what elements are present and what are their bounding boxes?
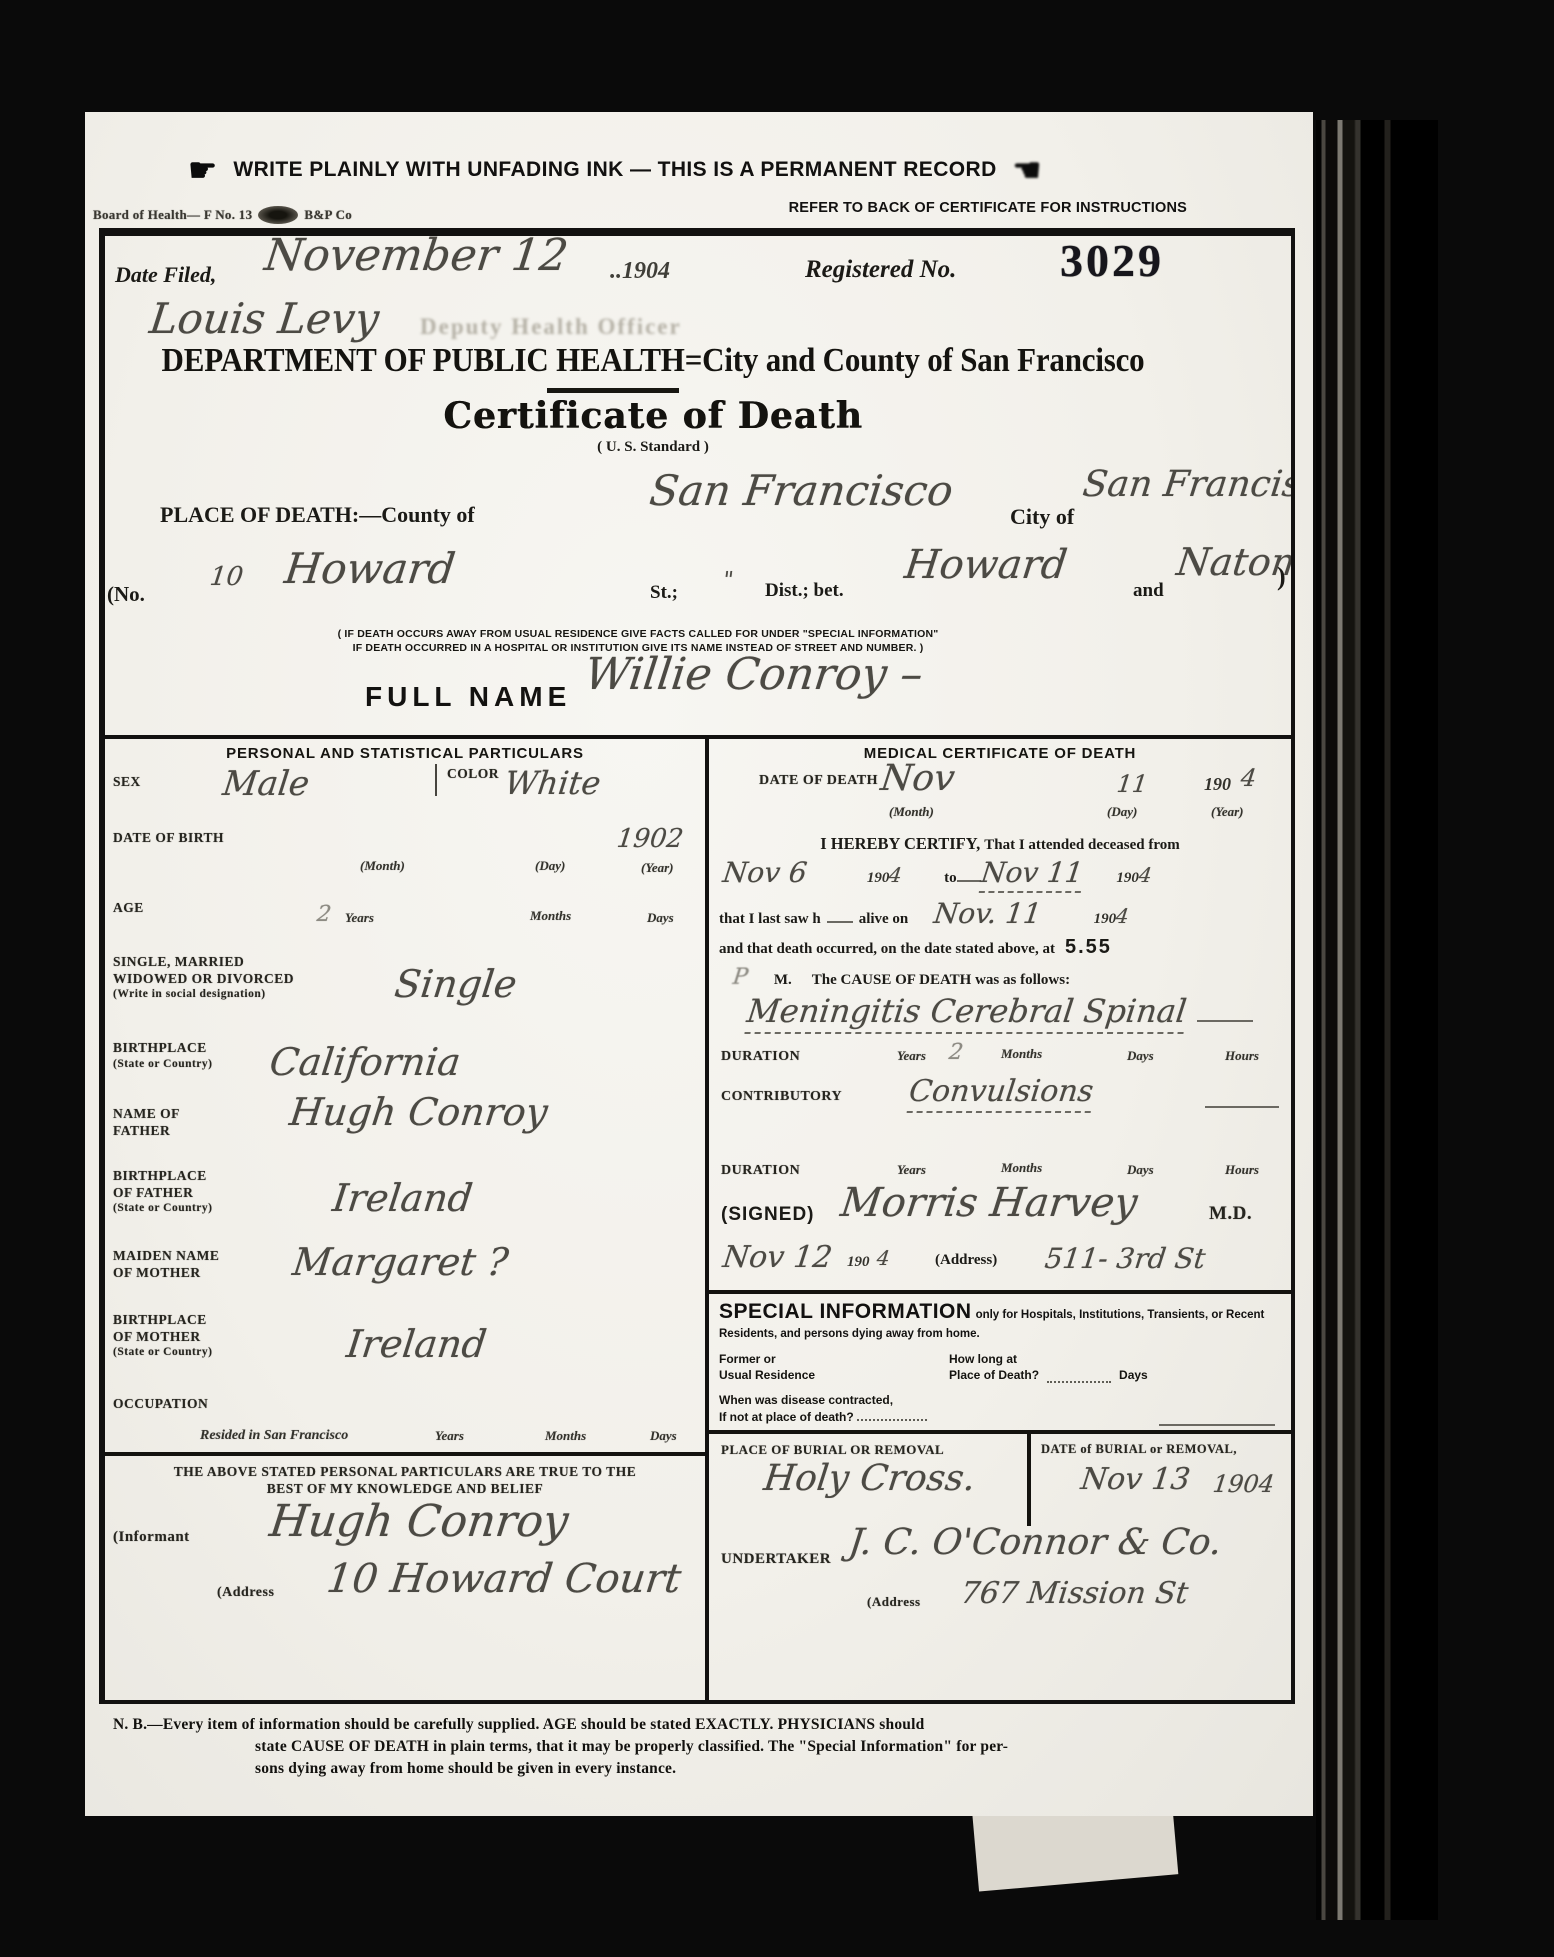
contributory-label: CONTRIBUTORY bbox=[721, 1088, 842, 1105]
undertaker-label: UNDERTAKER bbox=[721, 1550, 831, 1568]
footer-note-line2: state CAUSE OF DEATH in plain terms, tha… bbox=[113, 1736, 1093, 1758]
attended-to-year-prefix: 190 bbox=[1116, 870, 1139, 887]
mother-birthplace-label-line3: (State or Country) bbox=[113, 1345, 213, 1359]
signed-year-prefix: 190 bbox=[847, 1254, 870, 1271]
place-of-death-label: PLACE OF DEATH:—County of bbox=[160, 502, 475, 528]
place-of-death-row: PLACE OF DEATH:—County of San Francisco … bbox=[105, 462, 1291, 554]
ink-notice-line: ☛ WRITE PLAINLY WITH UNFADING INK — THIS… bbox=[85, 158, 1145, 182]
marital-status-row: SINGLE, MARRIED WIDOWED OR DIVORCED (Wri… bbox=[105, 946, 705, 1032]
date-filed-label: Date Filed, bbox=[115, 262, 216, 288]
father-birthplace-row: BIRTHPLACE OF FATHER (State or Country) … bbox=[105, 1162, 705, 1240]
resided-row: Resided in San Francisco Years Months Da… bbox=[105, 1424, 705, 1452]
birthplace-value: California bbox=[267, 1040, 463, 1084]
occupation-label: OCCUPATION bbox=[113, 1396, 208, 1412]
color-label: COLOR bbox=[447, 766, 499, 782]
marital-value: Single bbox=[392, 962, 519, 1006]
duration-months-label: Months bbox=[1001, 1046, 1042, 1062]
last-saw-label-a: that I last saw h bbox=[719, 911, 821, 928]
father-birthplace-label-line3: (State or Country) bbox=[113, 1201, 213, 1215]
burial-place-value: Holy Cross. bbox=[761, 1458, 977, 1499]
mother-birthplace-row: BIRTHPLACE OF MOTHER (State or Country) … bbox=[105, 1306, 705, 1386]
full-name-value: Willie Conroy – bbox=[582, 649, 926, 700]
personal-section-title: PERSONAL AND STATISTICAL PARTICULARS bbox=[105, 745, 705, 762]
date-of-death-label: DATE OF DEATH bbox=[759, 772, 878, 789]
death-month-label: (Month) bbox=[889, 804, 934, 820]
burial-date-cell: DATE of BURIAL or REMOVAL, Nov 13 1904 bbox=[1027, 1434, 1291, 1526]
age-days-label: Days bbox=[647, 910, 674, 926]
marital-label-line1: SINGLE, MARRIED bbox=[113, 954, 294, 970]
how-long-fill bbox=[1047, 1371, 1111, 1383]
md-label: M.D. bbox=[1209, 1202, 1252, 1225]
father-birthplace-value: Ireland bbox=[330, 1176, 475, 1220]
street-no-label: (No. bbox=[107, 582, 145, 607]
signed-address-label: (Address) bbox=[935, 1252, 997, 1269]
duration-label: DURATION bbox=[721, 1048, 800, 1065]
attestation-line1: THE ABOVE STATED PERSONAL PARTICULARS AR… bbox=[105, 1464, 705, 1480]
father-birthplace-label-line2: OF FATHER bbox=[113, 1185, 213, 1201]
certificate-title: Certificate of Death bbox=[105, 395, 1291, 437]
mother-birthplace-value: Ireland bbox=[344, 1322, 489, 1366]
age-years-label: Years bbox=[345, 910, 374, 926]
death-year-digit: 4 bbox=[1239, 764, 1258, 792]
age-row: AGE 2 Years Months Days bbox=[105, 888, 705, 946]
date-of-death-row: DATE OF DEATH Nov (Month) 11 (Day) 190 4… bbox=[709, 762, 1291, 830]
death-day-value: 11 bbox=[1115, 770, 1149, 798]
age-years-value: 2 bbox=[315, 902, 332, 927]
resided-months-label: Months bbox=[545, 1428, 586, 1444]
disease-contracted-label-line2: If not at place of death? bbox=[719, 1410, 854, 1424]
death-day-label: (Day) bbox=[1107, 804, 1137, 820]
last-saw-label-b: alive on bbox=[859, 911, 909, 928]
ditto-mark: " bbox=[721, 568, 734, 593]
last-saw-year-prefix: 190 bbox=[1094, 911, 1117, 928]
burial-date-year: 1904 bbox=[1211, 1470, 1276, 1498]
special-information-title: SPECIAL INFORMATION bbox=[719, 1300, 972, 1323]
certificate-box: Date Filed, November 12 ..1904 Registere… bbox=[99, 228, 1295, 1704]
undertaker-row: UNDERTAKER J. C. O'Connor & Co. (Address… bbox=[709, 1526, 1291, 1700]
street-name-value: Howard bbox=[282, 544, 458, 593]
signed-date-row: Nov 12 190 4 (Address) 511- 3rd St bbox=[709, 1244, 1291, 1290]
occupation-row: OCCUPATION bbox=[105, 1386, 705, 1424]
mother-birthplace-label-line1: BIRTHPLACE bbox=[113, 1312, 213, 1328]
duration2-hours-label: Hours bbox=[1225, 1162, 1259, 1178]
medical-column: MEDICAL CERTIFICATE OF DEATH DATE OF DEA… bbox=[705, 739, 1291, 1700]
date-of-birth-row: DATE OF BIRTH (Month) (Day) 1902 (Year) bbox=[105, 824, 705, 888]
age-months-label: Months bbox=[530, 908, 571, 924]
marital-label-line3: (Write in social designation) bbox=[113, 987, 294, 1001]
duration-hours-label: Hours bbox=[1225, 1048, 1259, 1064]
ink-notice-text: WRITE PLAINLY WITH UNFADING INK — THIS I… bbox=[233, 158, 996, 182]
signed-row: (SIGNED) Morris Harvey M.D. bbox=[709, 1188, 1291, 1244]
dob-year-value: 1902 bbox=[615, 824, 685, 854]
meridiem-label: M. bbox=[774, 972, 792, 989]
page-stack-edge bbox=[1316, 120, 1438, 1920]
street-row: (No. 10 Howard St.; " Dist.; bet. Howard… bbox=[105, 554, 1291, 630]
stamp-smudge bbox=[258, 206, 298, 224]
dob-label: DATE OF BIRTH bbox=[113, 830, 224, 846]
sex-color-row: SEX Male COLOR White bbox=[105, 762, 705, 824]
color-divider-tick bbox=[435, 764, 437, 796]
dob-month-label: (Month) bbox=[360, 858, 405, 874]
signed-label: (SIGNED) bbox=[721, 1204, 815, 1226]
sex-value: Male bbox=[221, 764, 312, 804]
former-residence-label-line2: Usual Residence bbox=[719, 1368, 949, 1384]
duration2-years-label: Years bbox=[897, 1162, 926, 1178]
refer-note: REFER TO BACK OF CERTIFICATE FOR INSTRUC… bbox=[789, 200, 1187, 216]
special-fill-line bbox=[1159, 1414, 1275, 1426]
county-value: San Francisco bbox=[647, 466, 956, 515]
city-label: City of bbox=[1010, 504, 1074, 530]
father-name-row: NAME OF FATHER Hugh Conroy bbox=[105, 1098, 705, 1162]
death-year-label: (Year) bbox=[1211, 804, 1244, 820]
duration2-label: DURATION bbox=[721, 1162, 800, 1179]
color-value: White bbox=[503, 764, 603, 802]
age-label: AGE bbox=[113, 900, 144, 916]
duration2-days-label: Days bbox=[1127, 1162, 1154, 1178]
resided-label: Resided in San Francisco bbox=[200, 1428, 348, 1444]
form-number-text: Board of Health— F No. 13 bbox=[93, 207, 252, 223]
attestation-section: THE ABOVE STATED PERSONAL PARTICULARS AR… bbox=[105, 1452, 705, 1700]
death-month-value: Nov bbox=[878, 758, 957, 799]
informant-label: (Informant bbox=[113, 1528, 190, 1546]
contributory-value: Convulsions bbox=[907, 1074, 1096, 1113]
death-occurred-label: and that death occurred, on the date sta… bbox=[719, 941, 1055, 958]
mother-birthplace-label-line2: OF MOTHER bbox=[113, 1329, 213, 1345]
and-label: and bbox=[1133, 580, 1164, 602]
officer-signature: Louis Levy bbox=[147, 294, 382, 343]
former-residence-label-line1: Former or bbox=[719, 1352, 949, 1368]
attended-from-value: Nov 6 bbox=[721, 856, 809, 889]
date-filed-row: Date Filed, November 12 ..1904 Registere… bbox=[105, 236, 1291, 302]
father-birthplace-label-line1: BIRTHPLACE bbox=[113, 1168, 213, 1184]
burial-row: PLACE OF BURIAL OR REMOVAL Holy Cross. D… bbox=[709, 1430, 1291, 1526]
undertaker-address-value: 767 Mission St bbox=[959, 1576, 1190, 1611]
attestation-line2: BEST OF MY KNOWLEDGE AND BELIEF bbox=[105, 1481, 705, 1497]
medical-section-title: MEDICAL CERTIFICATE OF DEATH bbox=[709, 745, 1291, 762]
certify-lead: I HEREBY CERTIFY, bbox=[820, 834, 980, 854]
duration2-months-label: Months bbox=[1001, 1160, 1042, 1176]
resided-days-label: Days bbox=[650, 1428, 677, 1444]
mother-name-value: Margaret ? bbox=[290, 1240, 510, 1284]
attended-to-value: Nov 11 bbox=[978, 856, 1084, 893]
title-divider bbox=[547, 388, 679, 393]
signed-date-value: Nov 12 bbox=[721, 1240, 834, 1275]
signed-address-value: 511- 3rd St bbox=[1043, 1242, 1207, 1275]
attended-from-year-prefix: 190 bbox=[867, 870, 890, 887]
mother-name-row: MAIDEN NAME OF MOTHER Margaret ? bbox=[105, 1240, 705, 1306]
special-information-section: SPECIAL INFORMATION only for Hospitals, … bbox=[709, 1290, 1291, 1429]
cause-of-death-value: Meningitis Cerebral Spinal bbox=[745, 992, 1189, 1034]
contributory-fill-line bbox=[1205, 1096, 1279, 1108]
duration-years-label: Years bbox=[897, 1048, 926, 1064]
full-name-row: FULL NAME Willie Conroy – bbox=[105, 657, 1291, 735]
attended-to-year-digit: 4 bbox=[1137, 863, 1153, 887]
to-label: to bbox=[944, 870, 957, 887]
mother-label-line1: MAIDEN NAME bbox=[113, 1248, 219, 1264]
date-filed-year: ..1904 bbox=[610, 258, 670, 285]
death-time-value: 5.55 bbox=[1065, 936, 1112, 959]
scan-background: ☛ WRITE PLAINLY WITH UNFADING INK — THIS… bbox=[0, 0, 1554, 1957]
sex-label: SEX bbox=[113, 774, 141, 790]
last-saw-value: Nov. 11 bbox=[932, 897, 1043, 930]
attended-from-year-digit: 4 bbox=[888, 863, 904, 887]
father-label-line2: FATHER bbox=[113, 1123, 180, 1139]
undertaker-address-label: (Address bbox=[867, 1594, 921, 1610]
personal-column: PERSONAL AND STATISTICAL PARTICULARS SEX… bbox=[105, 739, 705, 1700]
contributory-row: CONTRIBUTORY Convulsions bbox=[709, 1074, 1291, 1122]
registered-no-label: Registered No. bbox=[805, 256, 956, 284]
dob-day-label: (Day) bbox=[535, 858, 565, 874]
informant-value: Hugh Conroy bbox=[267, 1496, 571, 1547]
form-number-note: Board of Health— F No. 13 B&P Co bbox=[93, 206, 352, 224]
officer-title-stamp: Deputy Health Officer bbox=[420, 314, 682, 340]
us-standard-note: ( U. S. Standard ) bbox=[105, 439, 1291, 456]
burial-place-cell: PLACE OF BURIAL OR REMOVAL Holy Cross. bbox=[709, 1434, 1027, 1526]
birthplace-row: BIRTHPLACE (State or Country) California bbox=[105, 1032, 705, 1098]
how-long-days-label: Days bbox=[1119, 1368, 1148, 1384]
footer-note-line1: N. B.—Every item of information should b… bbox=[113, 1714, 1093, 1736]
birthplace-label-line1: BIRTHPLACE bbox=[113, 1040, 213, 1056]
department-title: DEPARTMENT OF PUBLIC HEALTH=City and Cou… bbox=[105, 341, 1291, 380]
certify-rest: That I attended deceased from bbox=[984, 837, 1180, 854]
dob-year-label: (Year) bbox=[641, 860, 674, 876]
city-value: San Francisco bbox=[1080, 464, 1295, 505]
last-saw-year-digit: 4 bbox=[1115, 904, 1131, 928]
between-street-value: Howard bbox=[902, 542, 1069, 588]
resided-years-label: Years bbox=[435, 1428, 464, 1444]
father-label-line1: NAME OF bbox=[113, 1106, 180, 1122]
pointing-hand-left-icon: ☚ bbox=[1013, 160, 1042, 180]
how-long-label-line2: Place of Death? bbox=[949, 1368, 1039, 1384]
registered-no-stamp: 3029 bbox=[1060, 234, 1164, 287]
footer-note: N. B.—Every item of information should b… bbox=[113, 1714, 1093, 1780]
district-label: Dist.; bet. bbox=[765, 580, 844, 602]
footer-note-line3: sons dying away from home should be give… bbox=[113, 1758, 1093, 1780]
undertaker-value: J. C. O'Connor & Co. bbox=[846, 1522, 1224, 1563]
st-label: St.; bbox=[650, 582, 678, 604]
burial-date-label: DATE of BURIAL or REMOVAL, bbox=[1041, 1442, 1237, 1457]
cause-of-death-label: The CAUSE OF DEATH was as follows: bbox=[812, 972, 1070, 989]
informant-address-value: 10 Howard Court bbox=[324, 1556, 683, 1602]
certification-block: I HEREBY CERTIFY, That I attended deceas… bbox=[709, 830, 1291, 1034]
duration-years-value: 2 bbox=[947, 1040, 964, 1065]
street-no-value: 10 bbox=[208, 562, 245, 592]
burial-date-value: Nov 13 bbox=[1079, 1462, 1192, 1497]
disease-contracted-fill bbox=[857, 1409, 927, 1421]
meridiem-value: P bbox=[731, 965, 749, 990]
particulars-columns: PERSONAL AND STATISTICAL PARTICULARS SEX… bbox=[105, 735, 1291, 1700]
death-year-prefix: 190 bbox=[1204, 774, 1231, 795]
mother-label-line2: OF MOTHER bbox=[113, 1265, 219, 1281]
full-name-label: FULL NAME bbox=[365, 681, 571, 713]
birthplace-label-line2: (State or Country) bbox=[113, 1057, 213, 1071]
signed-year-digit: 4 bbox=[876, 1246, 892, 1270]
father-name-value: Hugh Conroy bbox=[287, 1090, 550, 1134]
pointing-hand-right-icon: ☛ bbox=[188, 160, 217, 180]
date-filed-value: November 12 bbox=[262, 230, 571, 281]
certificate-page: ☛ WRITE PLAINLY WITH UNFADING INK — THIS… bbox=[85, 112, 1313, 1816]
duration-row: DURATION Years 2 Months Days Hours bbox=[709, 1040, 1291, 1074]
marital-label-line2: WIDOWED OR DIVORCED bbox=[113, 971, 294, 987]
duration-days-label: Days bbox=[1127, 1048, 1154, 1064]
physician-signature: Morris Harvey bbox=[838, 1180, 1140, 1226]
informant-address-label: (Address bbox=[217, 1584, 274, 1601]
burial-place-label: PLACE OF BURIAL OR REMOVAL bbox=[721, 1442, 944, 1458]
printer-credit-text: B&P Co bbox=[304, 207, 352, 223]
disease-contracted-label-line1: When was disease contracted, bbox=[719, 1393, 927, 1409]
closing-paren: ) bbox=[1277, 562, 1286, 592]
residence-instructions-line1: ( IF DEATH OCCURS AWAY FROM USUAL RESIDE… bbox=[105, 628, 1171, 642]
how-long-label-line1: How long at bbox=[949, 1352, 1039, 1368]
